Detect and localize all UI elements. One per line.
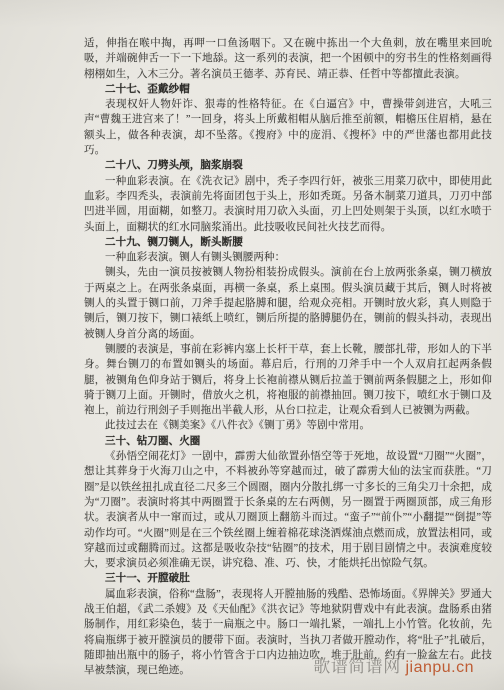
section-heading-27: 二十七、歪戴纱帽 xyxy=(84,82,492,97)
section-27-paragraph: 表现权奸人物奸诈、狠毒的性格特征。在《白逼宫》中，曹操带剑进宫，大吼三声“曹魏王… xyxy=(84,97,492,158)
section-heading-31: 三十一、开膛破肚 xyxy=(84,571,492,586)
section-29-zhatou-paragraph: 铡头，先由一演员按被铡人物扮相装扮成假头。演前在台上放两张条桌，铡刀横放于两桌之… xyxy=(84,265,492,341)
section-29-zhayao-paragraph: 铡腰的表演是，事前在彩裤内塞上长杆干草，套上长靴，腰部扎带，形如人的下半身。舞台… xyxy=(84,342,492,418)
section-heading-28: 二十八、刀劈头颅，脑浆崩裂 xyxy=(84,158,492,173)
section-heading-30: 三十、钻刀圈、火圈 xyxy=(84,434,492,449)
section-30-paragraph: 《孙悟空闹花灯》一剧中，霹雳大仙欲置孙悟空等于死地，故设置“刀圈”“火圈”，想让… xyxy=(84,449,492,571)
watermark-site-name: 歌谱简谱网 xyxy=(313,657,401,676)
section-29-intro-paragraph: 一种血彩表演。铡人有铡头铡腰两种： xyxy=(84,250,492,265)
paragraph-continuation-top: 适，伸指在喉中掏，再呷一口鱼汤咽下。又在碗中拣出一个大鱼刺，放在嘴里来回吮吸，并… xyxy=(84,36,492,82)
scanned-book-page: 适，伸指在喉中掏，再呷一口鱼汤咽下。又在碗中拣出一个大鱼刺，放在嘴里来回吮吸，并… xyxy=(0,0,504,690)
section-29-closing-paragraph: 此技过去在《铡美案》《八件衣》《铡丁勇》等剧中常用。 xyxy=(84,418,492,433)
watermark: 歌谱简谱网 jianpu.cn xyxy=(313,657,474,678)
watermark-site-url: jianpu.cn xyxy=(405,659,474,676)
section-heading-29: 二十九、铡刀铡人，断头断腰 xyxy=(84,235,492,250)
section-28-paragraph: 一种血彩表演。在《洗衣记》剧中，秃子李四行奸，被张三用菜刀砍中，即使用此血彩。李… xyxy=(84,174,492,235)
page-text-block: 适，伸指在喉中掏，再呷一口鱼汤咽下。又在碗中拣出一个大鱼刺，放在嘴里来回吮吸，并… xyxy=(84,36,492,678)
